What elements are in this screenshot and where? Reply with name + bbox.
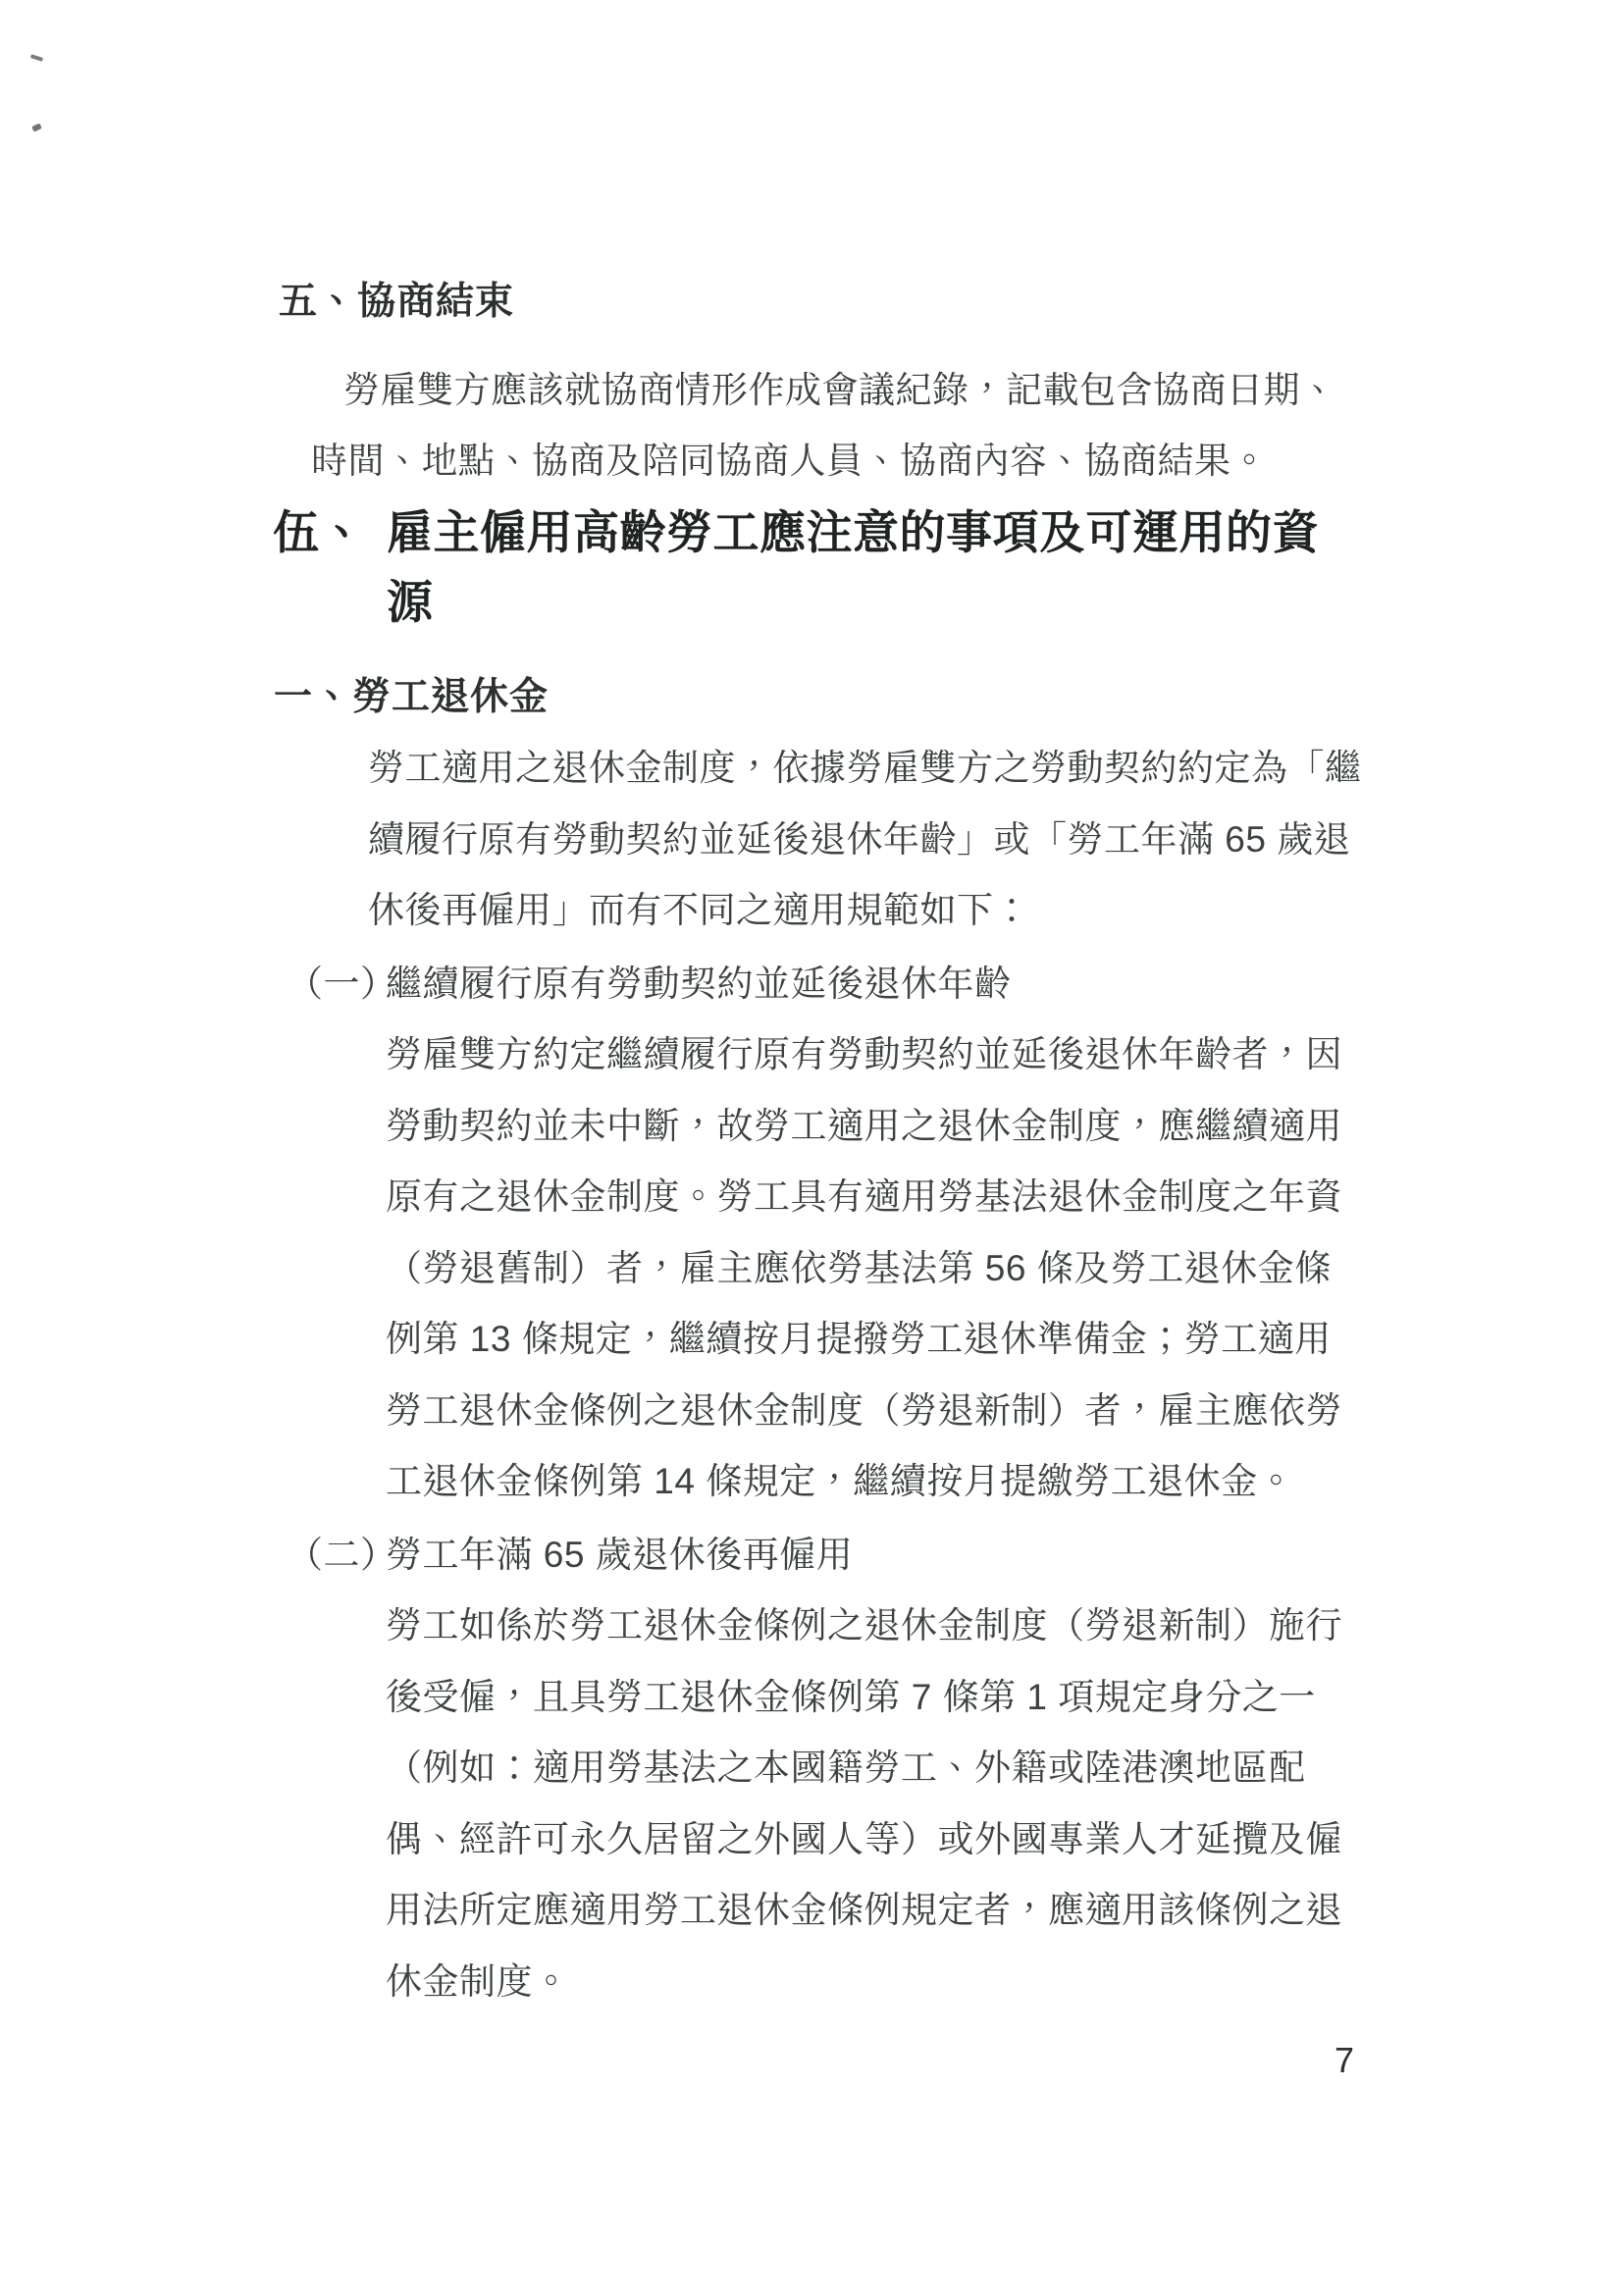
paragraph-line: （勞退舊制）者，雇主應依勞基法第 56 條及勞工退休金條 <box>386 1233 1623 1305</box>
section-heading-labor-pension: 一、勞工退休金 <box>274 662 1623 734</box>
list-item-body: 勞雇雙方約定繼續履行原有勞動契約並延後退休年齡者，因 勞動契約並未中斷，故勞工適… <box>386 1019 1623 1518</box>
document-page: 五、協商結束 勞雇雙方應該就協商情形作成會議紀錄，記載包含協商日期、 時間、地點… <box>0 0 1623 2296</box>
list-item-marker: （一） <box>287 949 386 1020</box>
list-item-heading: （一）繼續履行原有勞動契約並延後退休年齡 <box>287 949 1623 1020</box>
paragraph-line: 偶、經許可永久居留之外國人等）或外國專業人才延攬及僱 <box>386 1804 1623 1876</box>
list-item-heading: （二）勞工年滿 65 歲退休後再僱用 <box>287 1520 1623 1592</box>
section-heading-negotiation-end: 五、協商結束 <box>279 267 1623 339</box>
chapter-number-marker: 伍、 <box>273 497 387 567</box>
paragraph-line: 後受僱，且具勞工退休金條例第 7 條第 1 項規定身分之一 <box>386 1662 1623 1734</box>
paragraph-line: （例如：適用勞基法之本國籍勞工、外籍或陸港澳地區配 <box>386 1733 1623 1804</box>
paragraph-line: 續履行原有勞動契約並延後退休年齡」或「勞工年滿 65 歲退 <box>368 805 1623 876</box>
list-item-1: （一）繼續履行原有勞動契約並延後退休年齡 勞雇雙方約定繼續履行原有勞動契約並延後… <box>0 949 1623 1518</box>
paragraph-line: 時間、地點、協商及陪同協商人員、協商內容、協商結果。 <box>311 426 1623 497</box>
list-item-marker: （二） <box>287 1520 386 1592</box>
chapter-heading-text: 雇主僱用高齡勞工應注意的事項及可運用的資 <box>387 506 1319 558</box>
list-item-body: 勞工如係於勞工退休金條例之退休金制度（勞退新制）施行 後受僱，且具勞工退休金條例… <box>386 1591 1623 2017</box>
list-item-2: （二）勞工年滿 65 歲退休後再僱用 勞工如係於勞工退休金條例之退休金制度（勞退… <box>0 1520 1623 2018</box>
paragraph-line: 例第 13 條規定，繼續按月提撥勞工退休準備金；勞工適用 <box>386 1304 1623 1376</box>
paragraph-line: 休金制度。 <box>386 1947 1623 2018</box>
paragraph-line: 勞雇雙方約定繼續履行原有勞動契約並延後退休年齡者，因 <box>386 1019 1623 1091</box>
paragraph-line: 勞工如係於勞工退休金條例之退休金制度（勞退新制）施行 <box>386 1591 1623 1662</box>
paragraph-line: 原有之退休金制度。勞工具有適用勞基法退休金制度之年資 <box>386 1162 1623 1233</box>
paragraph-line: 勞動契約並未中斷，故勞工適用之退休金制度，應繼續適用 <box>386 1091 1623 1163</box>
paragraph-line: 用法所定應適用勞工退休金條例規定者，應適用該條例之退 <box>386 1875 1623 1947</box>
document-content: 五、協商結束 勞雇雙方應該就協商情形作成會議紀錄，記載包含協商日期、 時間、地點… <box>0 0 1623 2017</box>
paragraph-negotiation-record: 勞雇雙方應該就協商情形作成會議紀錄，記載包含協商日期、 時間、地點、協商及陪同協… <box>311 355 1623 497</box>
paragraph-line: 勞雇雙方應該就協商情形作成會議紀錄，記載包含協商日期、 <box>311 355 1623 427</box>
page-number: 7 <box>1335 2039 1354 2082</box>
paragraph-pension-intro: 勞工適用之退休金制度，依據勞雇雙方之勞動契約約定為「繼 續履行原有勞動契約並延後… <box>368 733 1623 947</box>
paragraph-line: 休後再僱用」而有不同之適用規範如下： <box>368 875 1623 947</box>
chapter-heading-employer-notes: 伍、雇主僱用高齡勞工應注意的事項及可運用的資 源 <box>273 497 1623 637</box>
paragraph-line: 工退休金條例第 14 條規定，繼續按月提繳勞工退休金。 <box>386 1446 1623 1518</box>
list-item-heading-text: 勞工年滿 65 歲退休後再僱用 <box>386 1535 853 1575</box>
paragraph-line: 勞工適用之退休金制度，依據勞雇雙方之勞動契約約定為「繼 <box>368 733 1623 805</box>
chapter-heading-line: 伍、雇主僱用高齡勞工應注意的事項及可運用的資 <box>273 497 1623 567</box>
paragraph-line: 勞工退休金條例之退休金制度（勞退新制）者，雇主應依勞 <box>386 1376 1623 1447</box>
chapter-heading-line: 源 <box>387 567 1623 637</box>
list-item-heading-text: 繼續履行原有勞動契約並延後退休年齡 <box>386 964 1012 1004</box>
